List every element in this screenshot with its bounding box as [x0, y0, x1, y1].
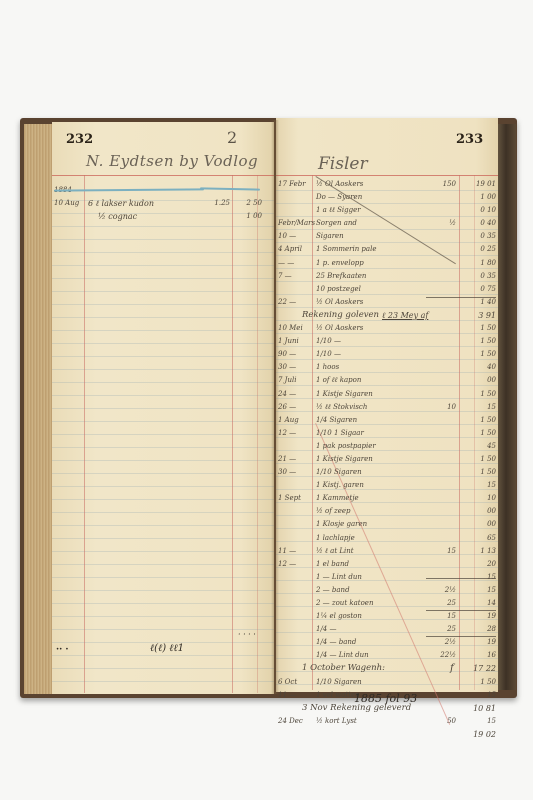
entry-date: 11 — — [278, 545, 296, 558]
entry-description: 1 of ℓℓ kapon — [316, 374, 361, 387]
page-number: 232 — [66, 132, 93, 147]
entry-amount: 19 02 — [462, 728, 496, 741]
entry-description: 1 October Wagenh: — [302, 662, 385, 675]
table-row: Febr/MarsSorgen and½0 40 — [278, 217, 498, 230]
table-row: 1 Aug1/4 Sigaren1 50 — [278, 414, 498, 427]
table-row: Do — Syaren1 00 — [278, 191, 498, 204]
table-row: 1 pak postpapier45 — [278, 440, 498, 453]
entry-amount: 10 81 — [462, 702, 496, 715]
entry-amount: 19 — [462, 610, 496, 623]
table-row: 7 —25 Brefkaaten0 35 — [278, 270, 498, 283]
table-row: 1/4 — band2½19 — [278, 636, 498, 649]
entry-date: 11 — — [278, 689, 296, 702]
entry-amount: 1 50 — [462, 427, 496, 440]
entry-amount: 10 — [462, 492, 496, 505]
table-row: 24 Dec½ kort Lyst5015 — [278, 715, 498, 728]
entry-amount: 45 — [462, 440, 496, 453]
entry-rate: 15 — [428, 610, 456, 623]
entry-description: 1¼ el goston — [316, 610, 362, 623]
table-row: 1 Kistj. garen15 — [278, 479, 498, 492]
entry-rate: 1.25 — [206, 197, 230, 210]
entry-amount: 1 13 — [462, 545, 496, 558]
table-row: ½ of zeep00 — [278, 505, 498, 518]
entry-date: 6 Oct — [278, 676, 297, 689]
entry-description: ½ Ol Aoskers — [316, 178, 363, 191]
entry-amount: 19 — [462, 636, 496, 649]
gutter-mark: · · · · — [238, 628, 256, 641]
entry-description: 1/10 1 Sigaar — [316, 427, 364, 440]
entry-date: 30 — — [278, 361, 296, 374]
entry-description: 1/4 — Lint dun — [316, 649, 369, 662]
entry-rate: 2½ — [428, 636, 456, 649]
table-row: 1 Klosje garen00 — [278, 518, 498, 531]
entry-amount: 14 — [462, 597, 496, 610]
entry-description: ½ cognac — [98, 210, 137, 223]
table-row: 1/4 —2528 — [278, 623, 498, 636]
table-row: 10 Aug 6 ℓ lakser kudon 1.25 2 50 — [54, 197, 274, 210]
entry-date: 26 — — [278, 401, 296, 414]
subtotal-rule — [426, 610, 496, 611]
table-row: ½ cognac 1 00 — [54, 210, 274, 223]
entry-date: 12 — — [278, 558, 296, 571]
entry-amount: 0 35 — [462, 230, 496, 243]
table-row: 1 a ℓℓ Sigger0 10 — [278, 204, 498, 217]
entry-date: 7 — — [278, 270, 292, 283]
entry-description: 10 postzegel — [316, 283, 361, 296]
entry-description: 1 Kistj. garen — [316, 479, 364, 492]
entry-amount: 1 50 — [462, 466, 496, 479]
entry-description: 1 Sommerin pale — [316, 243, 376, 256]
entry-amount: 1 50 — [462, 335, 496, 348]
entry-amount: 15 — [462, 479, 496, 492]
table-row: 7 Juli1 of ℓℓ kapon00 — [278, 374, 498, 387]
entry-amount: 15 — [462, 584, 496, 597]
entry-description: 1/10 Sigaren — [316, 466, 362, 479]
entry-date: 24 Dec — [278, 715, 303, 728]
entry-description: Sigaren — [316, 230, 344, 243]
entry-description: 1 p. envelopp — [316, 257, 364, 270]
entry-rate: 22½ — [428, 649, 456, 662]
entry-description: 1 Klosje garen — [316, 518, 367, 531]
entry-amount: 15 — [462, 401, 496, 414]
table-row: 12 —1/10 1 Sigaar1 50 — [278, 427, 498, 440]
entry-description: 1/10 Sigaren — [316, 676, 362, 689]
entry-date: 1 Juni — [278, 335, 299, 348]
entry-note: ℓ 23 Mey af — [382, 309, 428, 322]
left-page: 232 2 N. Eydtsen by Vodlog 1884 10 Aug 6… — [52, 122, 274, 694]
entry-date: 10 Mei — [278, 322, 303, 335]
entry-description: 2 — zout katoen — [316, 597, 373, 610]
account-heading: N. Eydtsen by Vodlog — [86, 152, 258, 170]
entry-rate: 25 — [428, 597, 456, 610]
entry-amount: 00 — [462, 374, 496, 387]
entry-date: 21 — — [278, 453, 296, 466]
table-row: 6 Oct1/10 Sigaren1 50 — [278, 676, 498, 689]
entry-date: 1 Sept — [278, 492, 301, 505]
entry-description: ½ Ol Aoskers — [316, 322, 363, 335]
entry-amount: 1 50 — [462, 348, 496, 361]
entry-amount: 15 — [462, 689, 496, 702]
header-rule — [276, 175, 498, 176]
entry-amount: 1 00 — [462, 191, 496, 204]
entry-amount: 1 80 — [462, 257, 496, 270]
entry-description: 1 hoos — [316, 361, 339, 374]
subtotal-rule — [426, 636, 496, 637]
table-row: 4 April1 Sommerin pale0 25 — [278, 243, 498, 256]
entry-date: Febr/Mars — [278, 217, 315, 230]
entry-amount: 17 22 — [462, 662, 496, 675]
entry-amount: 15 — [462, 715, 496, 728]
entry-amount: 3 91 — [462, 309, 496, 322]
entry-amount: 1 50 — [462, 388, 496, 401]
entry-description: 1 Kammetje — [316, 492, 359, 505]
entry-amount: 00 — [462, 505, 496, 518]
entry-description: ½ kort Lyst — [316, 715, 357, 728]
table-row: 2 — zout katoen2514 — [278, 597, 498, 610]
entry-amount: 1 50 — [462, 414, 496, 427]
header-rule — [52, 175, 274, 176]
ruled-lines — [52, 188, 274, 688]
entry-description: 1/4 Sigaren — [316, 414, 357, 427]
entry-date: 30 — — [278, 466, 296, 479]
page-edges-right — [496, 124, 516, 690]
entry-amount: 1 50 — [462, 453, 496, 466]
entry-description: 1 — Lint dun — [316, 571, 362, 584]
entry-rate: 150 — [428, 178, 456, 191]
entry-amount: 16 — [462, 649, 496, 662]
entry-description: 1/4 — — [316, 623, 337, 636]
entry-description: 1 Kistje Sigaren — [316, 388, 373, 401]
entry-description: 1/4 — band — [316, 636, 356, 649]
entry-amount: 65 — [462, 532, 496, 545]
total-row: 19 02 — [278, 728, 498, 741]
entry-date: 17 Febr — [278, 178, 306, 191]
entry-description: 2 — band — [316, 584, 350, 597]
entry-date: 1 Aug — [278, 414, 299, 427]
entry-description: 1/10 — — [316, 348, 341, 361]
table-row: 24 —1 Kistje Sigaren1 50 — [278, 388, 498, 401]
entry-description: 1 lachlapje — [316, 532, 355, 545]
table-row: — —1 p. envelopp1 80 — [278, 257, 498, 270]
entry-date: 10 Aug — [54, 197, 79, 210]
pencil-mark: 2 — [227, 128, 237, 147]
entry-description: ½ of zeep — [316, 505, 351, 518]
entry-rate: ½ — [428, 217, 456, 230]
entries-right: 17 Febr½ Ol Aoskers15019 01Do — Syaren1 … — [278, 178, 498, 741]
entry-rate: 50 — [428, 715, 456, 728]
table-row: 10 postzegel0 75 — [278, 283, 498, 296]
entry-date: 4 April — [278, 243, 302, 256]
entry-date: 10 — — [278, 230, 296, 243]
book-gutter — [271, 120, 279, 694]
table-row: 2 — band2½15 — [278, 584, 498, 597]
total-row: 1 October Wagenh:f17 22 — [278, 662, 498, 675]
cents-column-rule — [257, 175, 258, 693]
entry-description: 1/10 — — [316, 335, 341, 348]
entry-rate: 10 — [428, 401, 456, 414]
entry-amount: 00 — [462, 518, 496, 531]
entry-date: 7 Juli — [278, 374, 296, 387]
entry-description: 25 Brefkaaten — [316, 270, 366, 283]
entry-amount: 0 10 — [462, 204, 496, 217]
table-row: 1 Sept1 Kammetje10 — [278, 492, 498, 505]
account-heading: Fisler — [318, 154, 368, 174]
date-column-rule — [84, 175, 85, 693]
entry-description: ½ ℓ at Lint — [316, 545, 354, 558]
entry-amount: 0 35 — [462, 270, 496, 283]
table-row: 30 —1 hoos40 — [278, 361, 498, 374]
table-row: 12 —1 el band20 — [278, 558, 498, 571]
entry-amount: 0 40 — [462, 217, 496, 230]
entry-amount: 2 50 — [232, 197, 262, 210]
entry-amount: 19 01 — [462, 178, 496, 191]
subtotal-rule — [426, 578, 496, 579]
entry-rate: 25 — [428, 623, 456, 636]
entry-amount: 1 50 — [462, 322, 496, 335]
table-row: 10 —Sigaren0 35 — [278, 230, 498, 243]
table-row: 11 —½ ℓ at Lint151 13 — [278, 545, 498, 558]
entry-amount: 28 — [462, 623, 496, 636]
subtotal-rule — [426, 297, 496, 298]
table-row: 1 Juni1/10 —1 50 — [278, 335, 498, 348]
total-row: Rekening golevenℓ 23 Mey af3 91 — [278, 309, 498, 322]
entry-date: 22 — — [278, 296, 296, 309]
entry-amount: 0 75 — [462, 283, 496, 296]
page-number: 233 — [456, 132, 483, 147]
entry-description: ½ Ol Aoskers — [316, 296, 363, 309]
entry-description: Do — Syaren — [316, 191, 362, 204]
entry-description: 1 pak postpapier — [316, 440, 376, 453]
entry-date: — — — [278, 257, 294, 270]
entry-date: 12 — — [278, 427, 296, 440]
entry-date: 24 — — [278, 388, 296, 401]
table-row: 90 —1/10 —1 50 — [278, 348, 498, 361]
entry-description: 1 a ℓℓ Sigger — [316, 204, 361, 217]
entry-description: Rekening goleven — [302, 309, 379, 322]
table-row: 17 Febr½ Ol Aoskers15019 01 — [278, 178, 498, 191]
footer-mark: ·· · — [56, 644, 69, 657]
table-row: 26 —½ ℓℓ Stokvisch1015 — [278, 401, 498, 414]
entry-description: 1 el band — [316, 558, 349, 571]
entry-rate: 2½ — [428, 584, 456, 597]
table-row: 21 —1 Kistje Sigaren1 50 — [278, 453, 498, 466]
table-row: 30 —1/10 Sigaren1 50 — [278, 466, 498, 479]
right-page: 233 Fisler 17 Febr½ Ol Aoskers15019 01Do… — [276, 118, 498, 692]
entry-amount: 20 — [462, 558, 496, 571]
footer-mark: ℓ(ℓ) ℓℓ1 — [150, 642, 184, 655]
entry-amount: 40 — [462, 361, 496, 374]
entry-prefix: f — [450, 662, 454, 675]
table-row: 1 lachlapje65 — [278, 532, 498, 545]
entry-amount: 1 50 — [462, 676, 496, 689]
footer-note: 1885 fol 93 — [354, 692, 417, 705]
entry-amount: 1 00 — [232, 210, 262, 223]
entry-description: Sorgen and — [316, 217, 357, 230]
entry-description: 1 Kistje Sigaren — [316, 453, 373, 466]
table-row: 1/4 — Lint dun22½16 — [278, 649, 498, 662]
entry-rate: 15 — [428, 545, 456, 558]
amount-column-rule — [232, 175, 233, 693]
entry-amount: 0 25 — [462, 243, 496, 256]
table-row: 1¼ el goston1519 — [278, 610, 498, 623]
entry-description: 6 ℓ lakser kudon — [88, 197, 154, 210]
entry-description: ½ ℓℓ Stokvisch — [316, 401, 367, 414]
table-row: 10 Mei½ Ol Aoskers1 50 — [278, 322, 498, 335]
entry-date: 90 — — [278, 348, 296, 361]
